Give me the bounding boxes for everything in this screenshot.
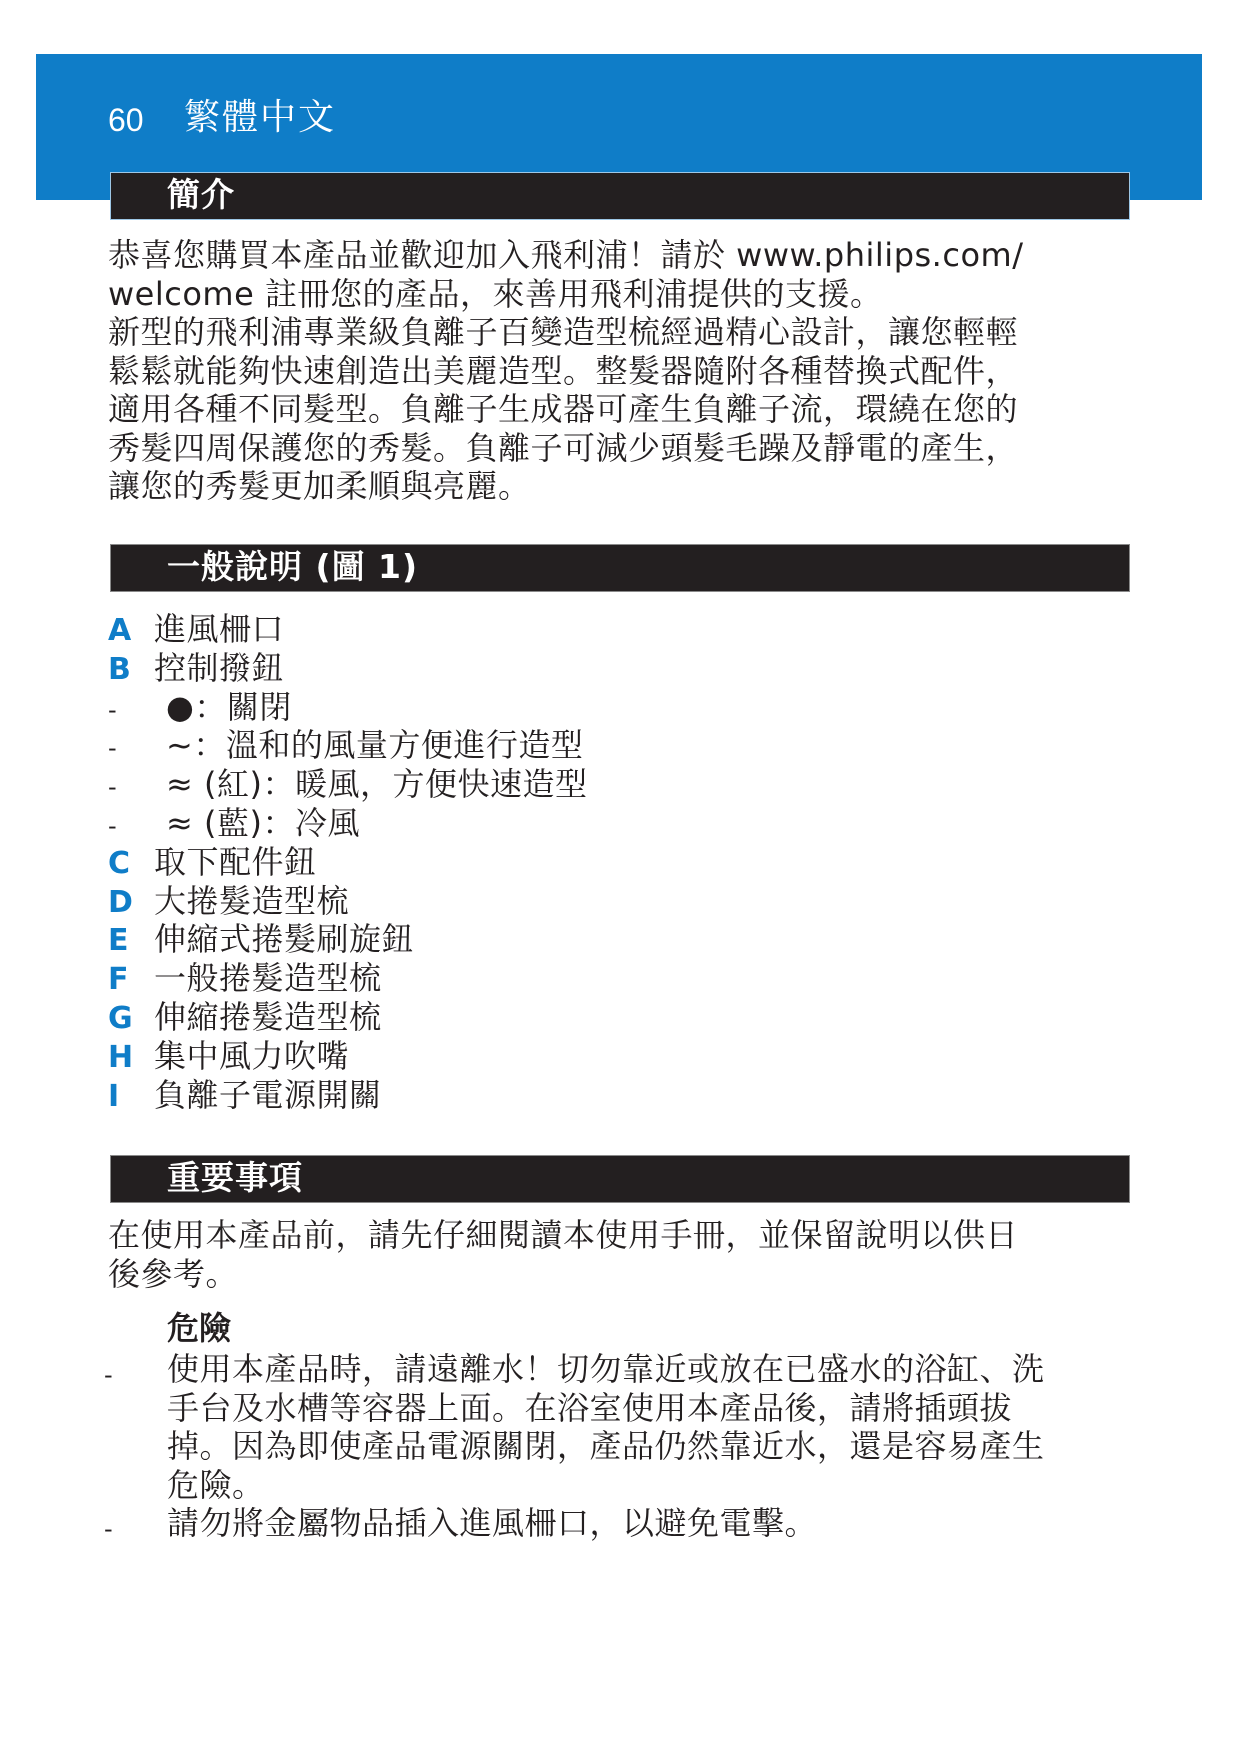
part-subitem: -~：溫和的風量方便進行造型 [108, 726, 587, 765]
part-label: 負離子電源開關 [154, 1076, 382, 1115]
part-label: 一般捲髮造型梳 [154, 959, 382, 998]
part-item: B控制撥鈕 [108, 649, 587, 688]
part-label: 進風柵口 [154, 610, 284, 649]
part-item: G伸縮捲髮造型梳 [108, 998, 587, 1037]
dash-marker: - [108, 807, 166, 846]
part-item: E伸縮式捲髮刷旋鈕 [108, 920, 587, 959]
part-label: 大捲髮造型梳 [154, 882, 349, 921]
language-title: 繁體中文 [184, 96, 336, 140]
part-item: F一般捲髮造型梳 [108, 959, 587, 998]
section-header-important: 重要事項 [110, 1155, 1130, 1203]
part-label: 控制撥鈕 [154, 649, 284, 688]
part-marker: C [108, 845, 154, 884]
danger-text: 使用本產品時，請遠離水！切勿靠近或放在已盛水的浴缸、洗 手台及水槽等容器上面。在… [167, 1350, 1134, 1504]
part-marker: E [108, 922, 154, 961]
danger-heading: 危險 [167, 1308, 231, 1348]
part-label: 取下配件鈕 [154, 843, 317, 882]
part-label: 集中風力吹嘴 [154, 1037, 349, 1076]
danger-list: - 使用本產品時，請遠離水！切勿靠近或放在已盛水的浴缸、洗 手台及水槽等容器上面… [104, 1350, 1134, 1549]
part-label: ≈ (紅)：暖風，方便快速造型 [166, 765, 587, 804]
dash-marker: - [108, 768, 166, 807]
part-subitem: -●：關閉 [108, 688, 587, 727]
part-label: ≈ (藍)：冷風 [166, 804, 360, 843]
danger-text: 請勿將金屬物品插入進風柵口，以避免電擊。 [167, 1504, 1134, 1543]
section-title: 一般說明 (圖 1) [167, 547, 418, 587]
part-marker: G [108, 1000, 154, 1039]
danger-item: - 使用本產品時，請遠離水！切勿靠近或放在已盛水的浴缸、洗 手台及水槽等容器上面… [104, 1350, 1134, 1504]
part-item: C取下配件鈕 [108, 843, 587, 882]
part-label: 伸縮式捲髮刷旋鈕 [154, 920, 414, 959]
part-marker: A [108, 612, 154, 651]
part-item: I負離子電源開關 [108, 1076, 587, 1115]
part-label: ~：溫和的風量方便進行造型 [166, 726, 583, 765]
important-paragraph: 在使用本產品前，請先仔細閱讀本使用手冊，並保留說明以供日 後參考。 [108, 1216, 1128, 1293]
section-title: 簡介 [167, 175, 235, 215]
section-header-intro: 簡介 [110, 172, 1130, 220]
part-item: D大捲髮造型梳 [108, 882, 587, 921]
section-title: 重要事項 [167, 1158, 303, 1198]
page-number: 60 [108, 100, 144, 140]
dash-marker: - [104, 1504, 167, 1549]
part-marker: H [108, 1039, 154, 1078]
dash-marker: - [108, 729, 166, 768]
part-marker: B [108, 651, 154, 690]
part-item: H集中風力吹嘴 [108, 1037, 587, 1076]
dash-marker: - [108, 691, 166, 730]
part-marker: I [108, 1078, 154, 1117]
part-subitem: -≈ (紅)：暖風，方便快速造型 [108, 765, 587, 804]
part-item: A進風柵口 [108, 610, 587, 649]
part-subitem: -≈ (藍)：冷風 [108, 804, 587, 843]
danger-item: - 請勿將金屬物品插入進風柵口，以避免電擊。 [104, 1504, 1134, 1549]
dash-marker: - [104, 1350, 167, 1395]
part-marker: D [108, 884, 154, 923]
part-label: ●：關閉 [166, 688, 292, 727]
parts-list: A進風柵口 B控制撥鈕 -●：關閉 -~：溫和的風量方便進行造型 -≈ (紅)：… [108, 610, 587, 1114]
part-label: 伸縮捲髮造型梳 [154, 998, 382, 1037]
section-header-general-description: 一般說明 (圖 1) [110, 544, 1130, 592]
part-marker: F [108, 961, 154, 1000]
intro-paragraph: 恭喜您購買本產品並歡迎加入飛利浦！請於 www.philips.com/ wel… [108, 236, 1128, 506]
